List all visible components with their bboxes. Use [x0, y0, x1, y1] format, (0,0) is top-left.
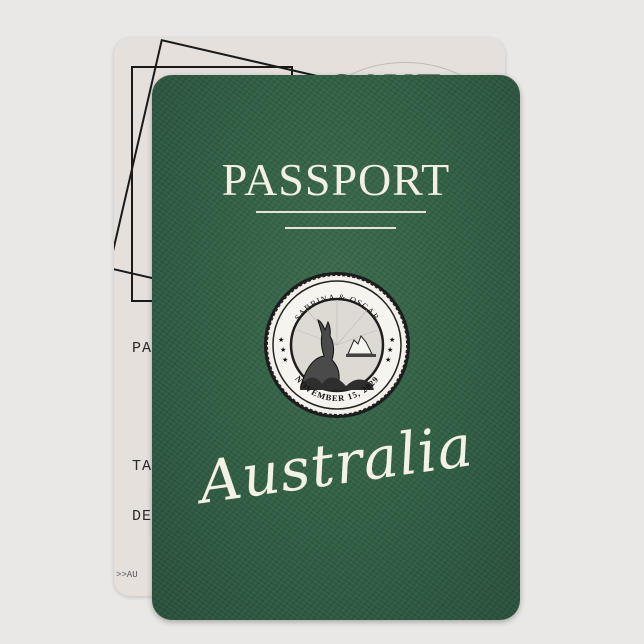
machine-readable-zone: >>AU [116, 570, 138, 580]
kangaroo-seal-icon: SABRINA & OSCAR NOVEMBER 15, 2029 ★★★ ★★… [262, 270, 412, 420]
field-label-destination: DE [132, 508, 152, 525]
wedding-seal-emblem: SABRINA & OSCAR NOVEMBER 15, 2029 ★★★ ★★… [262, 270, 412, 420]
field-label-passenger: PA [132, 340, 152, 357]
svg-text:★: ★ [385, 356, 391, 364]
svg-text:★: ★ [387, 346, 393, 354]
country-name: Australia [152, 405, 520, 524]
divider-short [285, 227, 396, 229]
svg-text:★: ★ [282, 356, 288, 364]
svg-text:★: ★ [278, 336, 284, 344]
field-label-ta: TA [132, 458, 152, 475]
divider-long [256, 211, 426, 213]
passport-cover: PASSPORT SABRINA & OSCAR [152, 75, 520, 620]
passport-title: PASSPORT [152, 153, 520, 206]
svg-text:★: ★ [280, 346, 286, 354]
svg-text:★: ★ [389, 336, 395, 344]
